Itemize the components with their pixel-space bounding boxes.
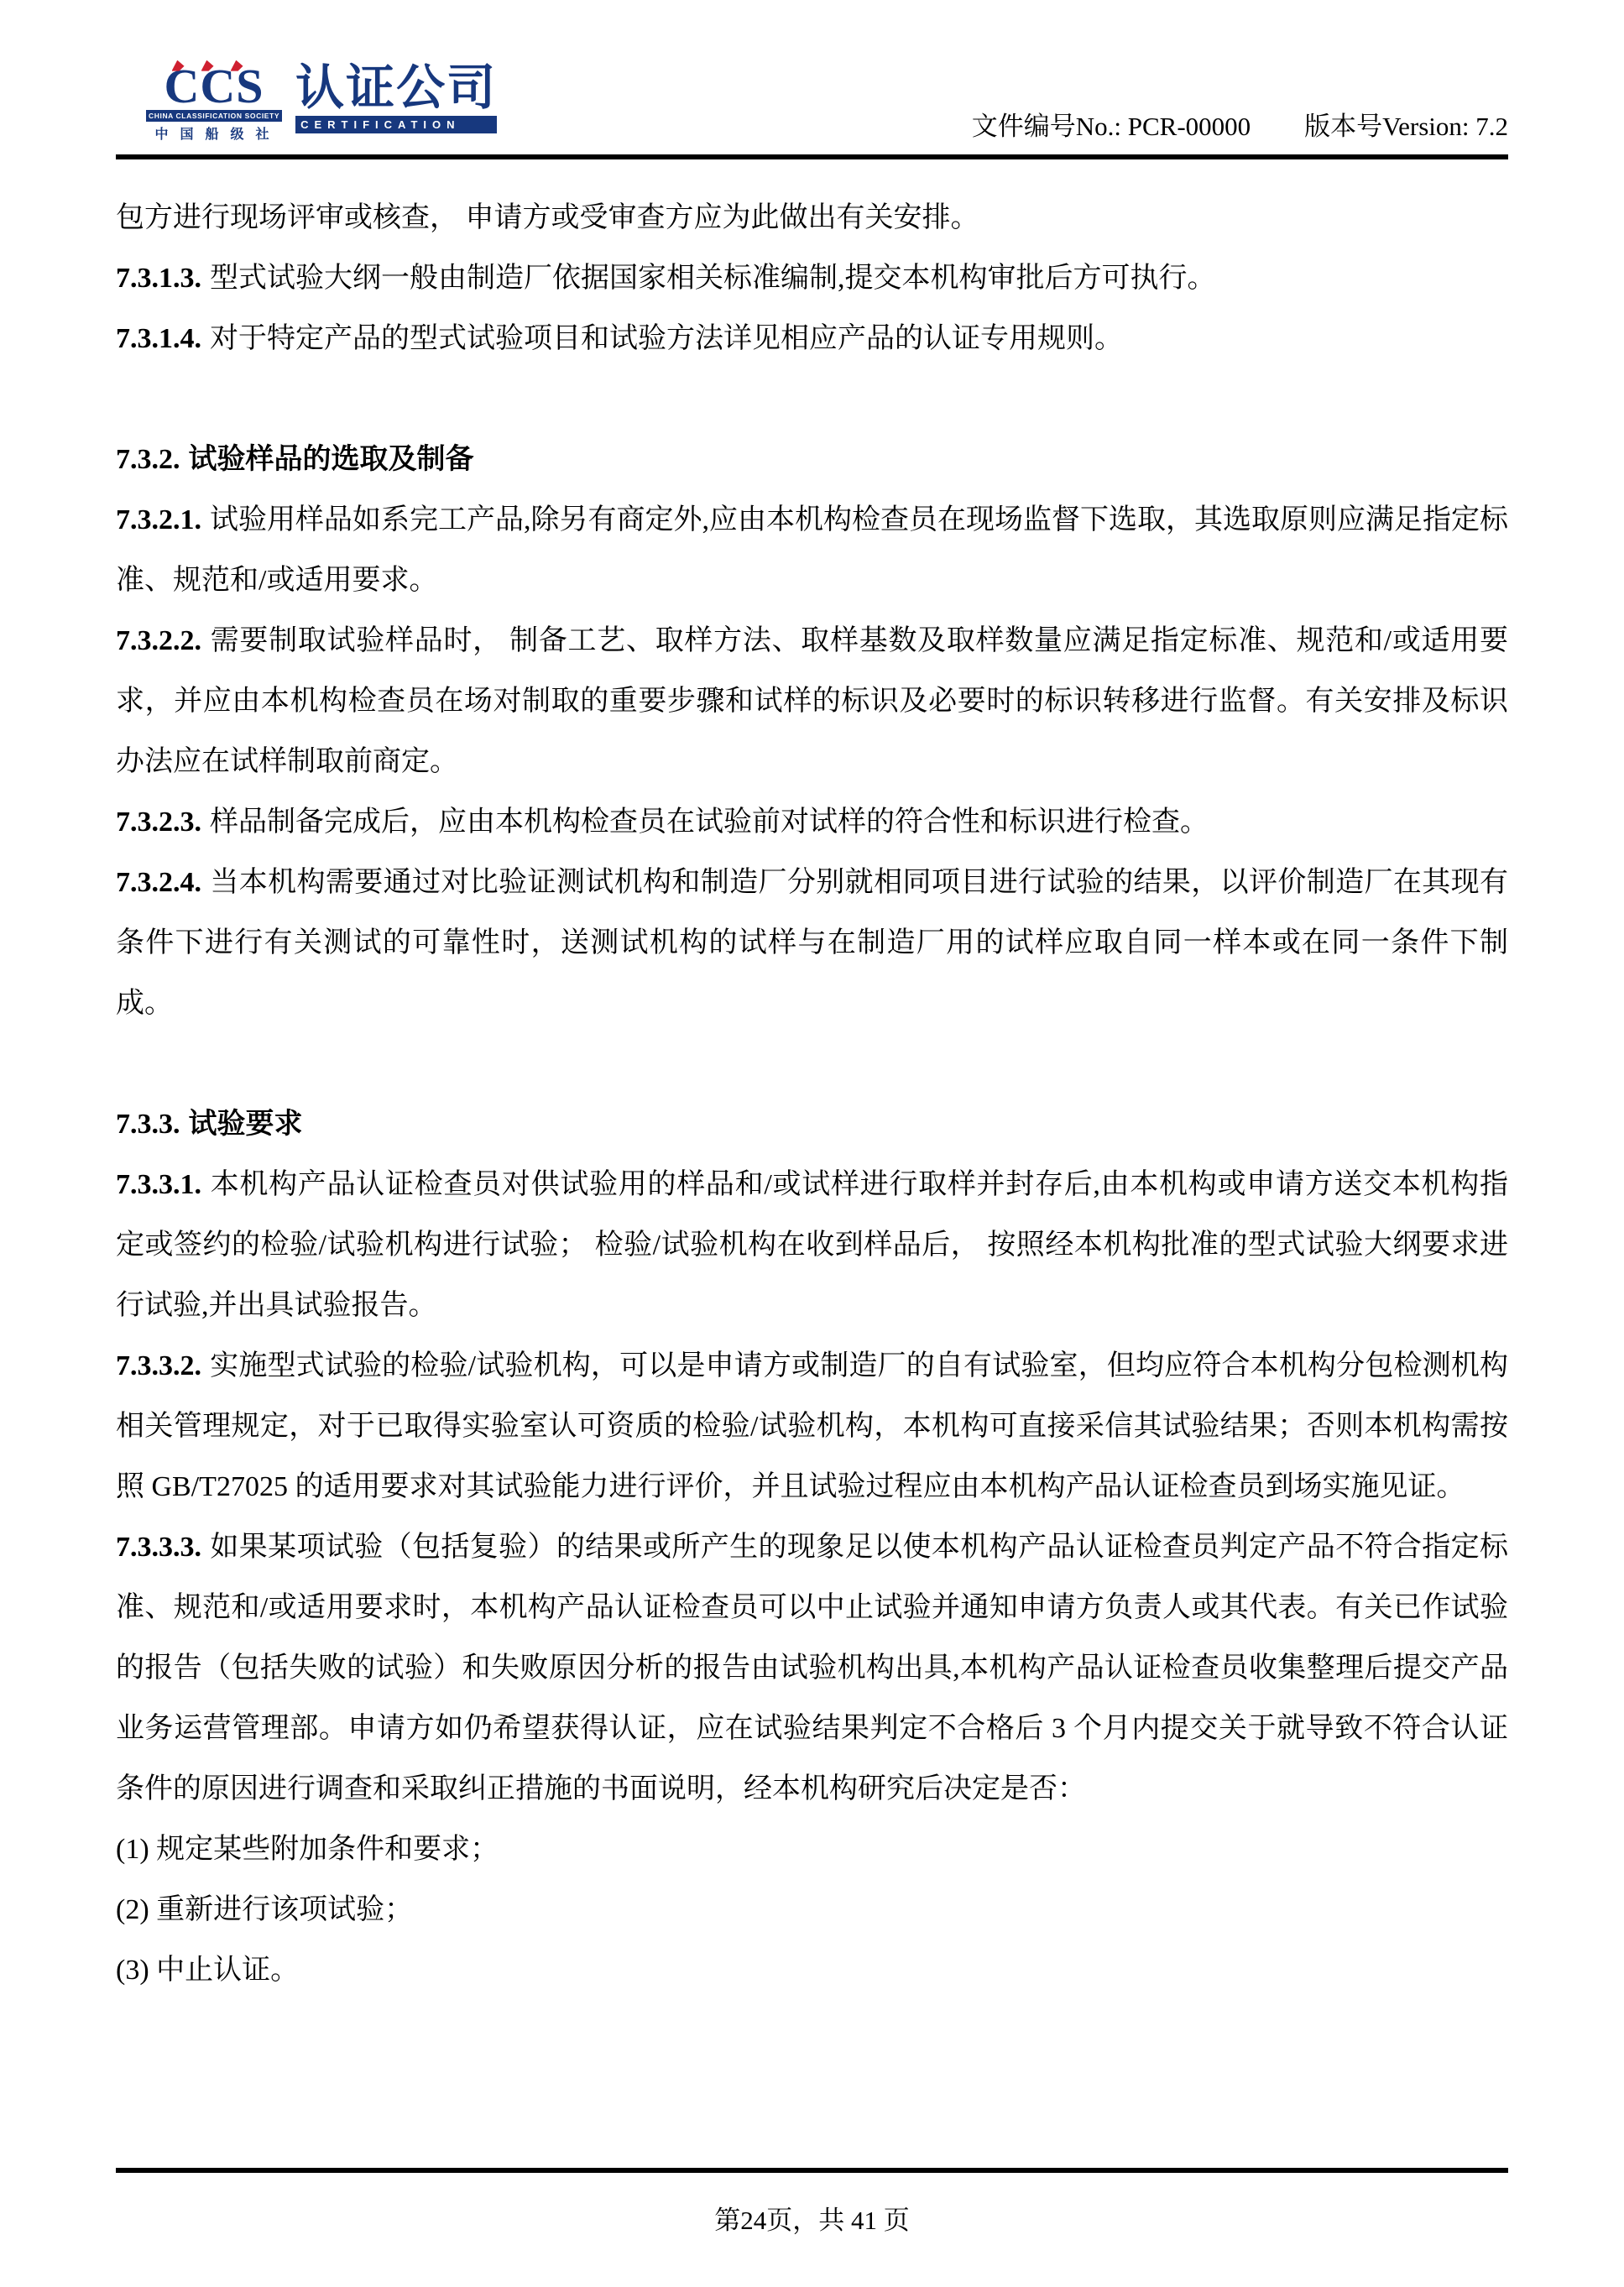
- society-name-cn: 中 国 船 级 社: [155, 123, 274, 143]
- brand-name-en: CERTIFICATION: [295, 116, 497, 133]
- paragraph: 7.3.1.3.型式试验大纲一般由制造厂依据国家相关标准编制,提交本机构审批后方…: [116, 248, 1508, 309]
- page-header: CCS CHINA CLASSIFICATION SOCIETY 中 国 船 级…: [116, 44, 1508, 143]
- paragraph: 7.3.3.2.实施型式试验的检验/试验机构，可以是申请方或制造厂的自有试验室，…: [116, 1336, 1508, 1517]
- document-meta: 文件编号No.: PCR-00000 版本号Version: 7.2: [972, 113, 1508, 143]
- ccs-logo: CCS CHINA CLASSIFICATION SOCIETY 中 国 船 级…: [116, 64, 497, 143]
- section-heading: 7.3.2.试验样品的选取及制备: [116, 430, 1508, 490]
- clause-number: 7.3.2.: [116, 444, 180, 475]
- version-number: 版本号Version: 7.2: [1304, 113, 1508, 139]
- clause-number: 7.3.3.1.: [116, 1169, 201, 1200]
- document-number: 文件编号No.: PCR-00000: [972, 113, 1251, 139]
- list-item: (1) 规定某些附加条件和要求；: [116, 1820, 1508, 1880]
- clause-number: 7.3.2.4.: [116, 867, 201, 898]
- paragraph: 7.3.2.1.试验用样品如系完工产品,除另有商定外,应由本机构检查员在现场监督…: [116, 490, 1508, 611]
- paragraph: 7.3.2.3.样品制备完成后，应由本机构检查员在试验前对试样的符合性和标识进行…: [116, 792, 1508, 853]
- brand-name-cn: 认证公司: [295, 64, 497, 112]
- paragraph: 7.3.1.4.对于特定产品的型式试验项目和试验方法详见相应产品的认证专用规则。: [116, 309, 1508, 369]
- clause-number: 7.3.3.3.: [116, 1532, 201, 1563]
- list-item: (3) 中止认证。: [116, 1940, 1508, 2001]
- clause-number: 7.3.3.: [116, 1109, 180, 1140]
- section-heading: 7.3.3.试验要求: [116, 1094, 1508, 1155]
- ccs-logo-left: CCS CHINA CLASSIFICATION SOCIETY 中 国 船 级…: [146, 64, 282, 143]
- clause-number: 7.3.1.3.: [116, 263, 201, 294]
- page-number: 第24页，共 41 页: [0, 2199, 1624, 2237]
- clause-number: 7.3.3.2.: [116, 1350, 201, 1381]
- clause-number: 7.3.2.2.: [116, 625, 201, 656]
- paragraph: 7.3.3.1.本机构产品认证检查员对供试验用的样品和/或试样进行取样并封存后,…: [116, 1155, 1508, 1336]
- clause-number: 7.3.2.3.: [116, 807, 201, 838]
- list-item: (2) 重新进行该项试验；: [116, 1880, 1508, 1940]
- ccs-mark: CCS: [164, 64, 264, 108]
- footer-divider: [116, 2168, 1508, 2173]
- document-page: CCS CHINA CLASSIFICATION SOCIETY 中 国 船 级…: [0, 0, 1624, 2287]
- clause-number: 7.3.2.1.: [116, 504, 201, 535]
- paragraph: 包方进行现场评审或核查， 申请方或受审查方应为此做出有关安排。: [116, 188, 1508, 248]
- ccs-logo-right: 认证公司 CERTIFICATION: [295, 64, 497, 133]
- paragraph: 7.3.2.2.需要制取试验样品时， 制备工艺、取样方法、取样基数及取样数量应满…: [116, 611, 1508, 792]
- header-divider: [116, 154, 1508, 159]
- paragraph: 7.3.2.4.当本机构需要通过对比验证测试机构和制造厂分别就相同项目进行试验的…: [116, 853, 1508, 1034]
- paragraph: 7.3.3.3.如果某项试验（包括复验）的结果或所产生的现象足以使本机构产品认证…: [116, 1517, 1508, 1820]
- clause-number: 7.3.1.4.: [116, 323, 201, 354]
- document-body: 包方进行现场评审或核查， 申请方或受审查方应为此做出有关安排。 7.3.1.3.…: [116, 188, 1508, 2001]
